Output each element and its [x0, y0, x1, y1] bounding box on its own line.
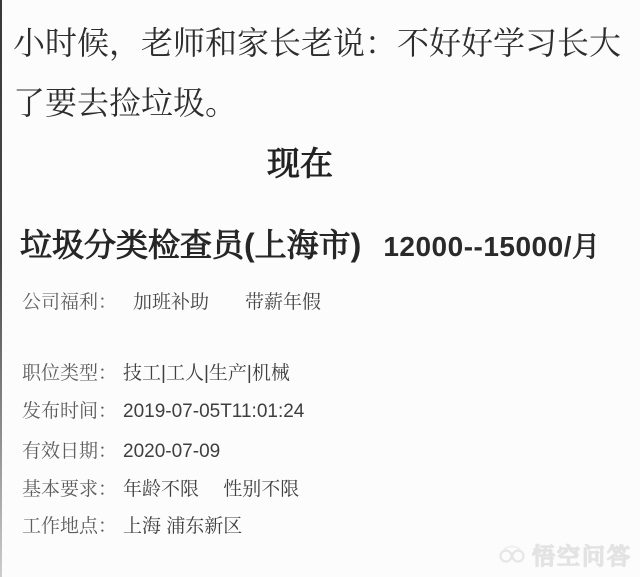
meme-screenshot-canvas: 小时候，老师和家长老说：不好好学习长大 了要去捡垃圾。 现在 垃圾分类检查员(上… — [0, 0, 640, 577]
benefits-label: 公司福利： — [22, 292, 117, 313]
detail-row-valid-date: 有效日期：2020-07-09 — [22, 436, 220, 463]
meme-top-text-line1: 小时候，老师和家长老说：不好好学习长大 — [13, 18, 621, 64]
benefit-tag-paid-leave: 带薪年假 — [245, 292, 321, 313]
detail-label: 发布时间： — [22, 401, 117, 422]
detail-value: 年龄不限 性别不限 — [123, 479, 299, 500]
now-heading: 现在 — [0, 138, 600, 185]
detail-label: 职位类型： — [22, 363, 117, 384]
detail-label: 工作地点： — [22, 516, 117, 537]
detail-row-job-type: 职位类型：技工|工人|生产|机械 — [22, 358, 290, 385]
company-benefits-row: 公司福利：加班补助带薪年假 — [22, 287, 321, 314]
job-title-row: 垃圾分类检查员(上海市) 12000--15000/月 — [20, 220, 600, 266]
detail-label: 基本要求： — [22, 479, 117, 500]
meme-top-text-line2: 了要去捡垃圾。 — [13, 78, 237, 124]
detail-label: 有效日期： — [22, 441, 117, 462]
benefit-tag-overtime: 加班补助 — [133, 292, 209, 313]
job-title: 垃圾分类检查员(上海市) — [20, 220, 361, 266]
wukong-answers-logo-icon — [498, 543, 526, 567]
detail-row-basic-requirements: 基本要求：年龄不限 性别不限 — [22, 474, 299, 501]
left-edge-line — [0, 0, 2, 577]
detail-row-work-location: 工作地点：上海 浦东新区 — [22, 511, 242, 538]
detail-row-publish-time: 发布时间：2019-07-05T11:01:24 — [22, 396, 304, 423]
detail-value: 2019-07-05T11:01:24 — [123, 401, 304, 422]
detail-value: 技工|工人|生产|机械 — [123, 363, 290, 384]
detail-value: 2020-07-09 — [123, 441, 220, 462]
detail-value: 上海 浦东新区 — [123, 516, 242, 537]
job-salary: 12000--15000/月 — [383, 225, 600, 265]
watermark: 悟空问答 — [498, 538, 632, 571]
watermark-text: 悟空问答 — [532, 538, 632, 571]
